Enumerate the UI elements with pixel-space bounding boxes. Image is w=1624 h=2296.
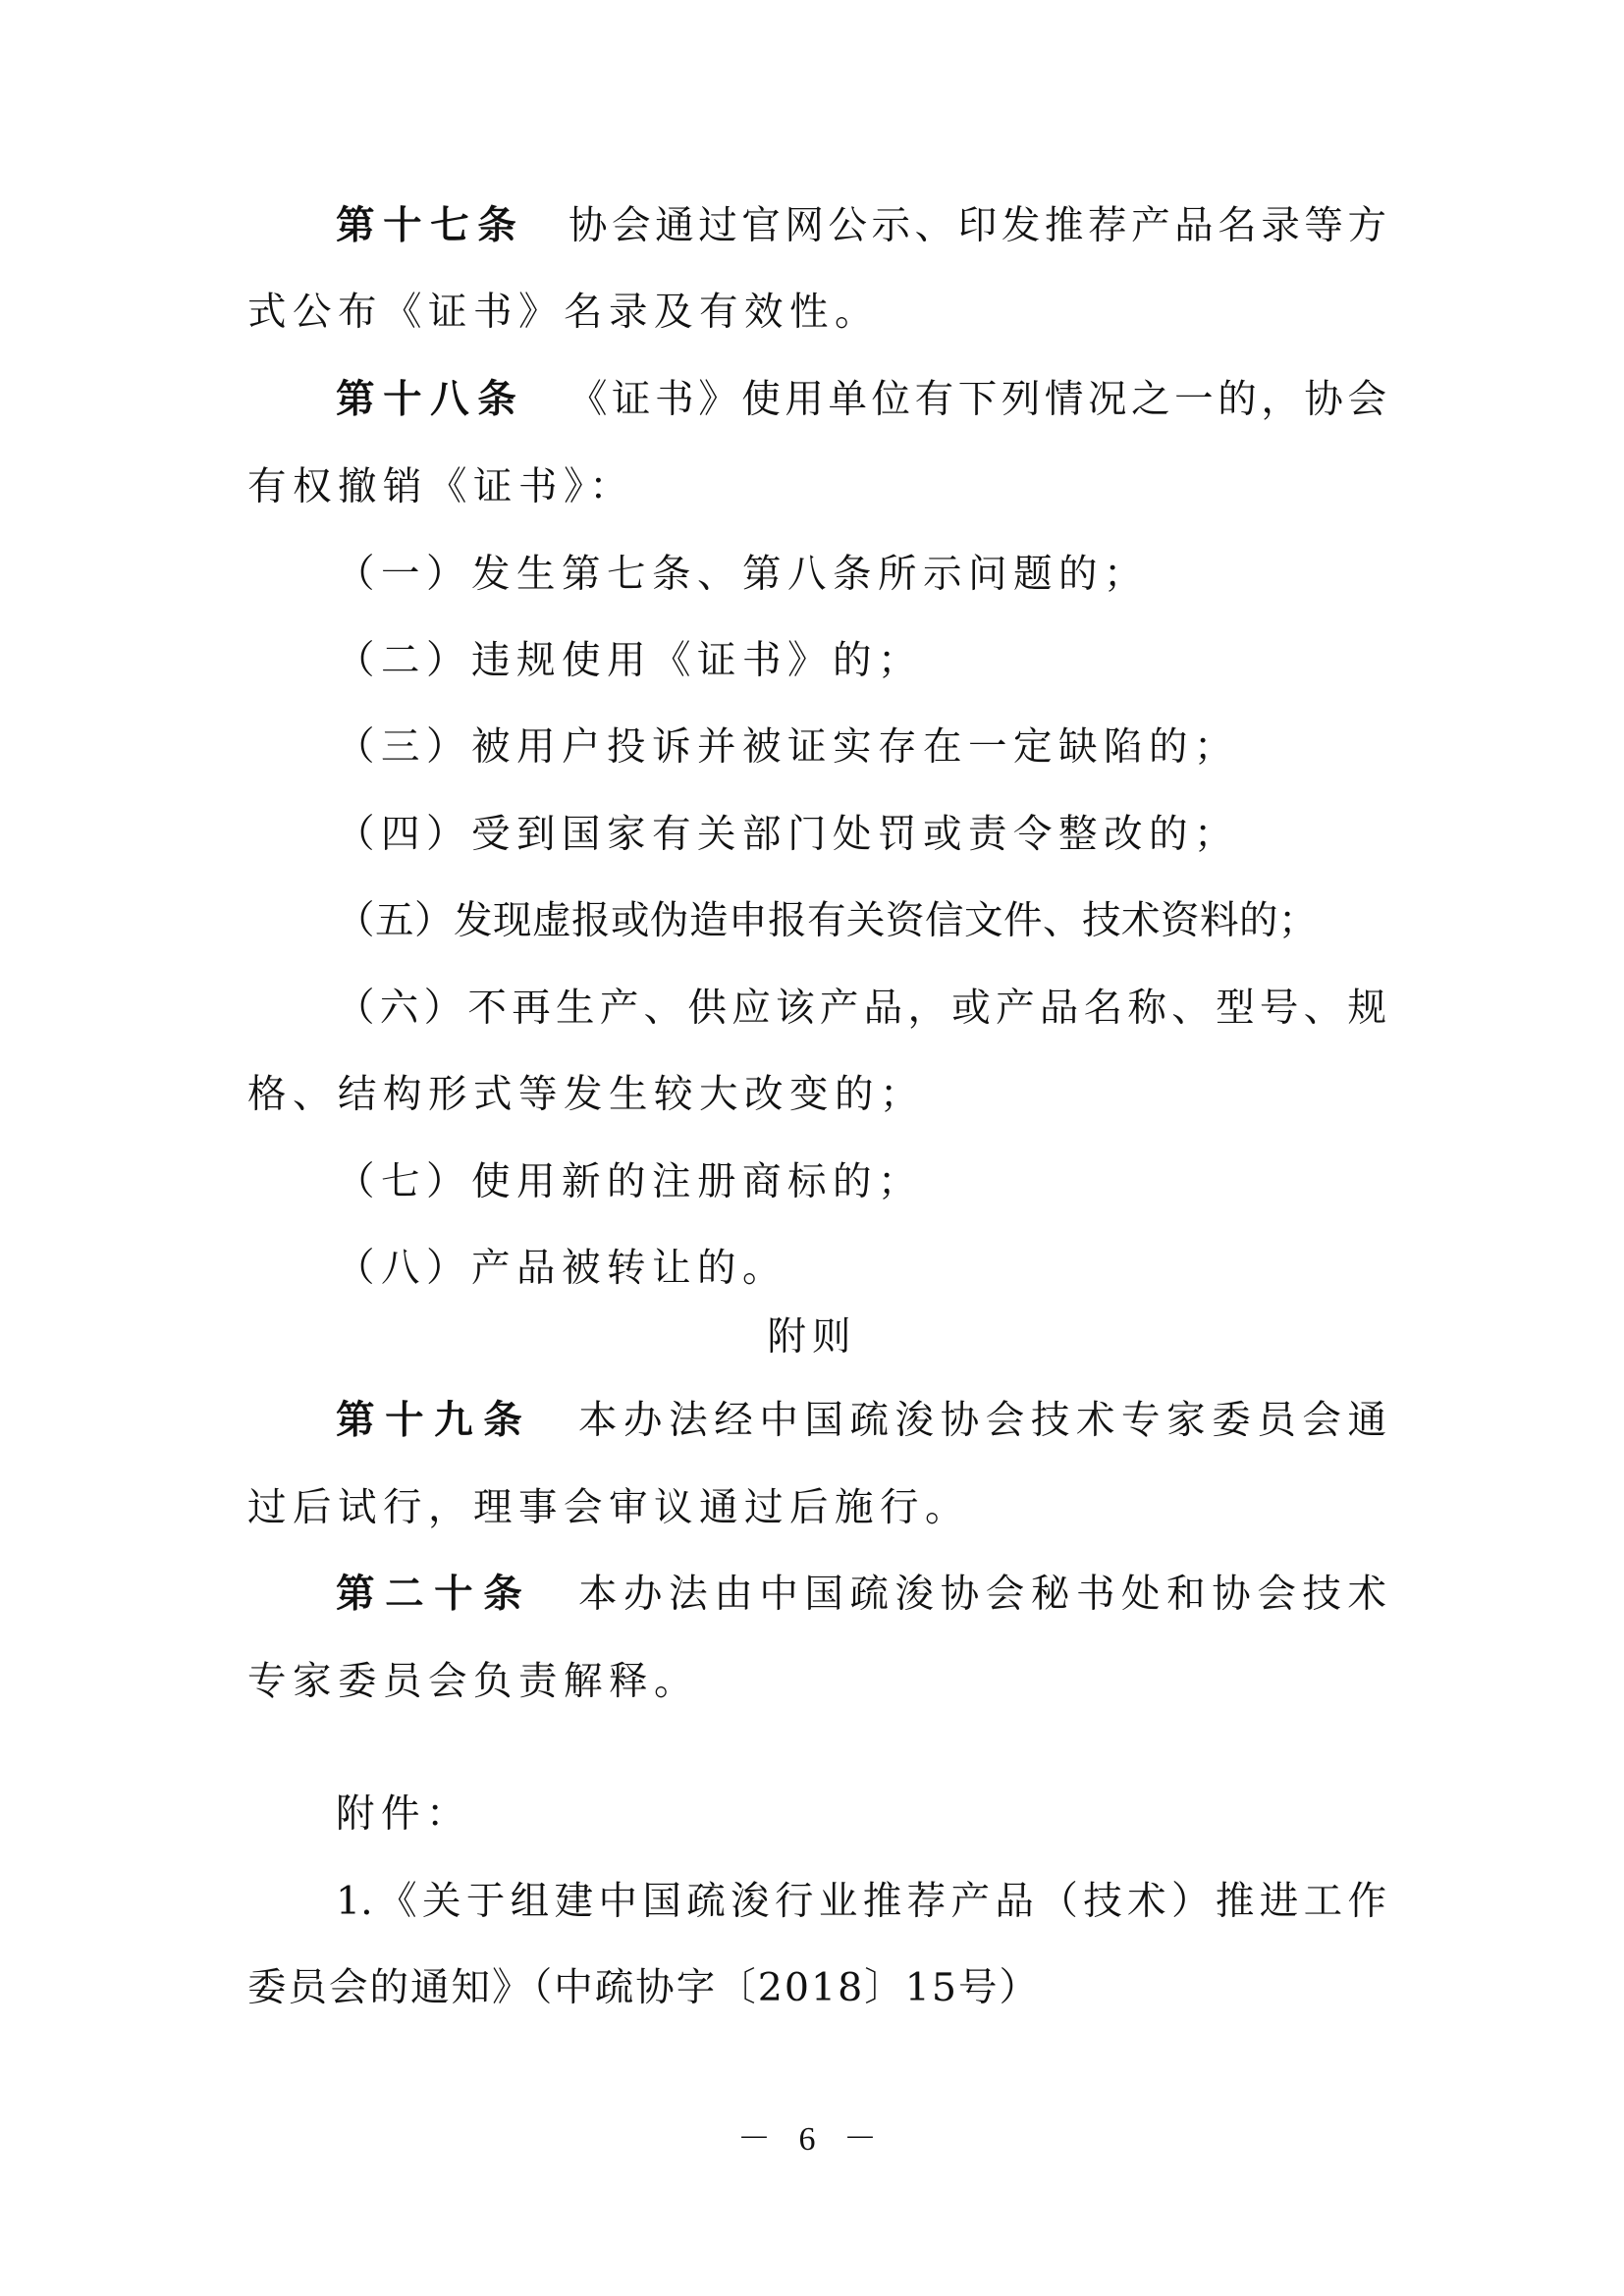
list-item: （六）不再生产、供应该产品，或产品名称、型号、规 <box>336 979 1386 1038</box>
article-19-line-1: 第十九条本办法经中国疏浚协会技术专家委员会通 <box>336 1391 1386 1450</box>
attachment-item-line-2: 委员会的通知》（中疏协字〔2018〕15号） <box>247 1958 1386 2017</box>
list-item: （八）产品被转让的。 <box>336 1239 1386 1298</box>
list-item: （七）使用新的注册商标的； <box>336 1152 1386 1211</box>
article-18-line-2: 有权撤销《证书》： <box>247 457 1386 516</box>
article-number: 第十八条 <box>336 377 524 422</box>
article-20-line-2: 专家委员会负责解释。 <box>247 1652 1386 1711</box>
article-text: 《证书》使用单位有下列情况之一的，协会 <box>564 377 1386 422</box>
article-number: 第十九条 <box>336 1398 532 1443</box>
article-text: 本办法由中国疏浚协会秘书处和协会技术 <box>571 1572 1386 1617</box>
page-number: － 6 － <box>0 2118 1624 2162</box>
article-19-line-2: 过后试行，理事会审议通过后施行。 <box>247 1478 1386 1537</box>
article-text: 本办法经中国疏浚协会技术专家委员会通 <box>571 1398 1386 1443</box>
list-item: （一）发生第七条、第八条所示问题的； <box>336 545 1386 604</box>
attachment-item-line-1: 1.《关于组建中国疏浚行业推荐产品（技术）推进工作 <box>336 1872 1386 1931</box>
article-20-line-1: 第二十条本办法由中国疏浚协会秘书处和协会技术 <box>336 1565 1386 1624</box>
article-17-line-2: 式公布《证书》名录及有效性。 <box>247 283 1386 342</box>
attachments-label: 附件： <box>336 1785 1386 1843</box>
list-item: （五）发现虚报或伪造申报有关资信文件、技术资料的； <box>336 891 1386 950</box>
document-page: 第十七条协会通过官网公示、印发推荐产品名录等方 式公布《证书》名录及有效性。 第… <box>0 0 1624 2296</box>
section-title: 附则 <box>0 1308 1624 1366</box>
article-number: 第十七条 <box>336 203 524 248</box>
article-text: 协会通过官网公示、印发推荐产品名录等方 <box>564 203 1386 248</box>
list-item: （四）受到国家有关部门处罚或责令整改的； <box>336 805 1386 864</box>
list-item-continuation: 格、结构形式等发生较大改变的； <box>247 1065 1386 1124</box>
article-number: 第二十条 <box>336 1572 532 1617</box>
list-item: （二）违规使用《证书》的； <box>336 631 1386 690</box>
article-17-line-1: 第十七条协会通过官网公示、印发推荐产品名录等方 <box>336 196 1386 255</box>
list-item: （三）被用户投诉并被证实存在一定缺陷的； <box>336 718 1386 776</box>
article-18-line-1: 第十八条《证书》使用单位有下列情况之一的，协会 <box>336 370 1386 429</box>
